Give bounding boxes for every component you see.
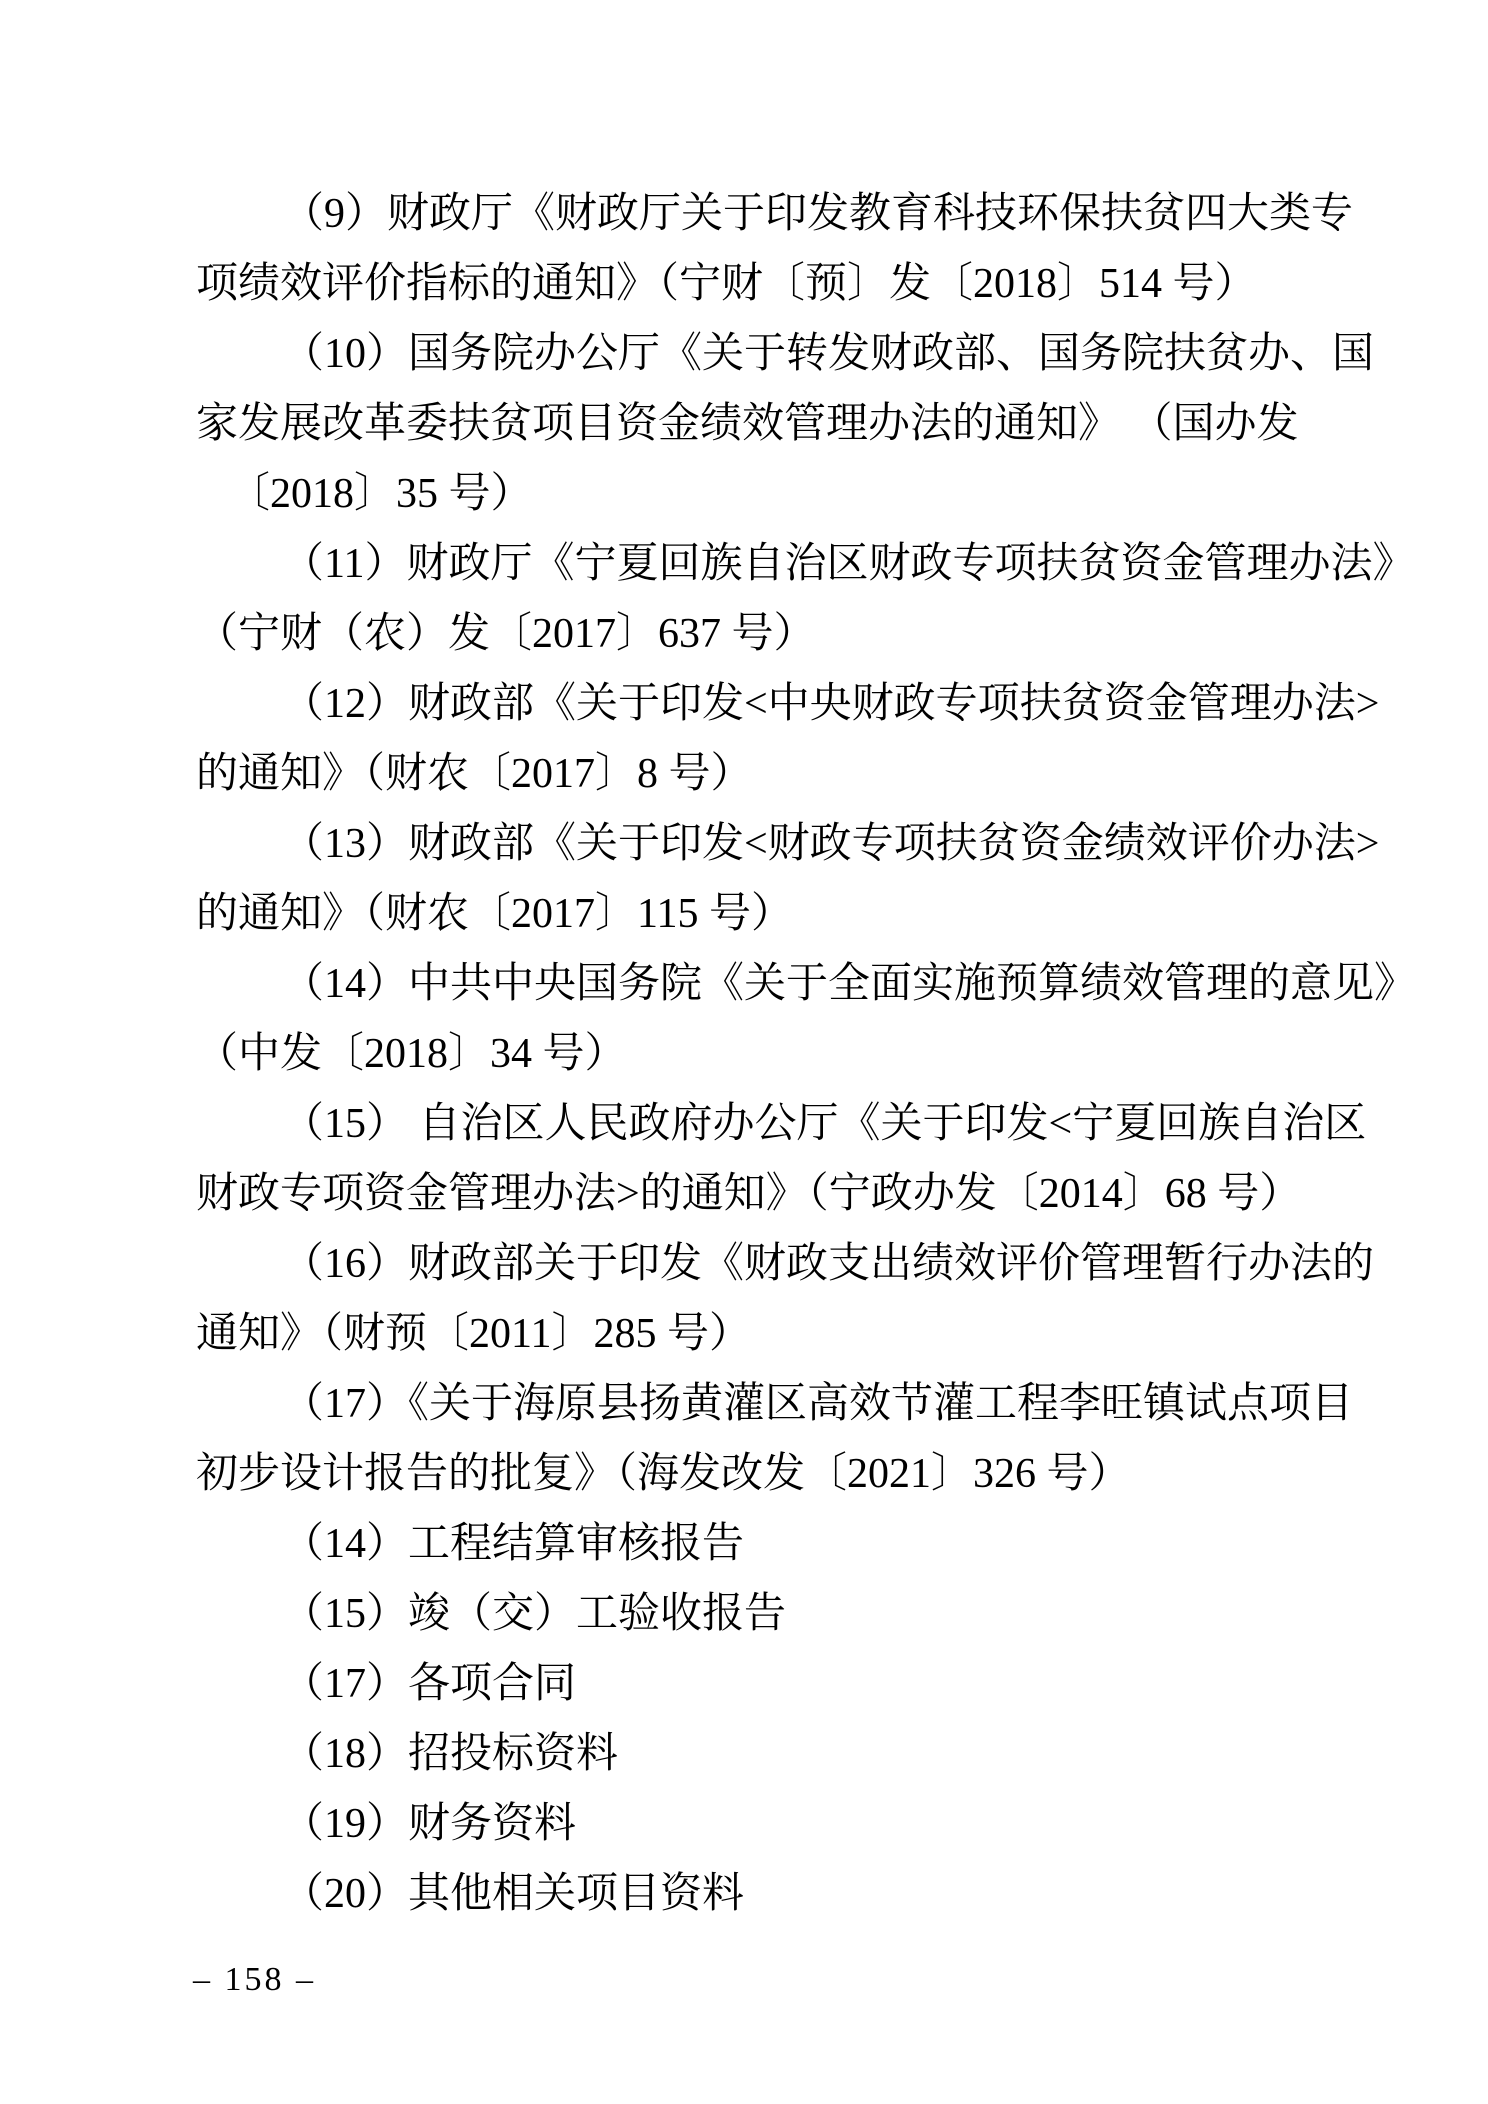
document-line: （20）其他相关项目资料	[196, 1859, 1356, 1929]
document-line: 的通知》（财农〔2017〕115 号）	[196, 879, 1356, 949]
document-line: 通知》（财预〔2011〕285 号）	[196, 1299, 1356, 1369]
document-line: （11）财政厅《宁夏回族自治区财政专项扶贫资金管理办法》	[196, 529, 1356, 599]
document-line: 财政专项资金管理办法>的通知》（宁政办发〔2014〕68 号）	[196, 1159, 1356, 1229]
document-line: （15）竣（交）工验收报告	[196, 1579, 1356, 1649]
document-line: （9）财政厅《财政厅关于印发教育科技环保扶贫四大类专	[196, 179, 1356, 249]
document-line: （18）招投标资料	[196, 1719, 1356, 1789]
document-line: （中发〔2018〕34 号）	[196, 1019, 1356, 1089]
document-line: （宁财（农）发〔2017〕637 号）	[196, 599, 1356, 669]
document-line: （17）《关于海原县扬黄灌区高效节灌工程李旺镇试点项目	[196, 1369, 1356, 1439]
document-line: （10）国务院办公厅《关于转发财政部、国务院扶贫办、国	[196, 319, 1356, 389]
document-body: （9）财政厅《财政厅关于印发教育科技环保扶贫四大类专项绩效评价指标的通知》（宁财…	[196, 179, 1356, 1929]
document-line: 家发展改革委扶贫项目资金绩效管理办法的通知》 （国办发	[196, 389, 1356, 459]
document-line: （14）中共中央国务院《关于全面实施预算绩效管理的意见》	[196, 949, 1356, 1019]
document-line: （19）财务资料	[196, 1789, 1356, 1859]
document-line: （15） 自治区人民政府办公厅《关于印发<宁夏回族自治区	[196, 1089, 1356, 1159]
document-line: （14）工程结算审核报告	[196, 1509, 1356, 1579]
document-line: 初步设计报告的批复》（海发改发〔2021〕326 号）	[196, 1439, 1356, 1509]
document-line: （16）财政部关于印发《财政支出绩效评价管理暂行办法的	[196, 1229, 1356, 1299]
document-page: （9）财政厅《财政厅关于印发教育科技环保扶贫四大类专项绩效评价指标的通知》（宁财…	[0, 0, 1488, 2104]
document-line: 项绩效评价指标的通知》（宁财〔预〕发〔2018〕514 号）	[196, 249, 1356, 319]
document-line: 〔2018〕35 号）	[196, 459, 1356, 529]
page-number: – 158 –	[193, 1958, 316, 2002]
document-line: （12）财政部《关于印发<中央财政专项扶贫资金管理办法>	[196, 669, 1356, 739]
document-line: （13）财政部《关于印发<财政专项扶贫资金绩效评价办法>	[196, 809, 1356, 879]
document-line: 的通知》（财农〔2017〕8 号）	[196, 739, 1356, 809]
document-line: （17）各项合同	[196, 1649, 1356, 1719]
